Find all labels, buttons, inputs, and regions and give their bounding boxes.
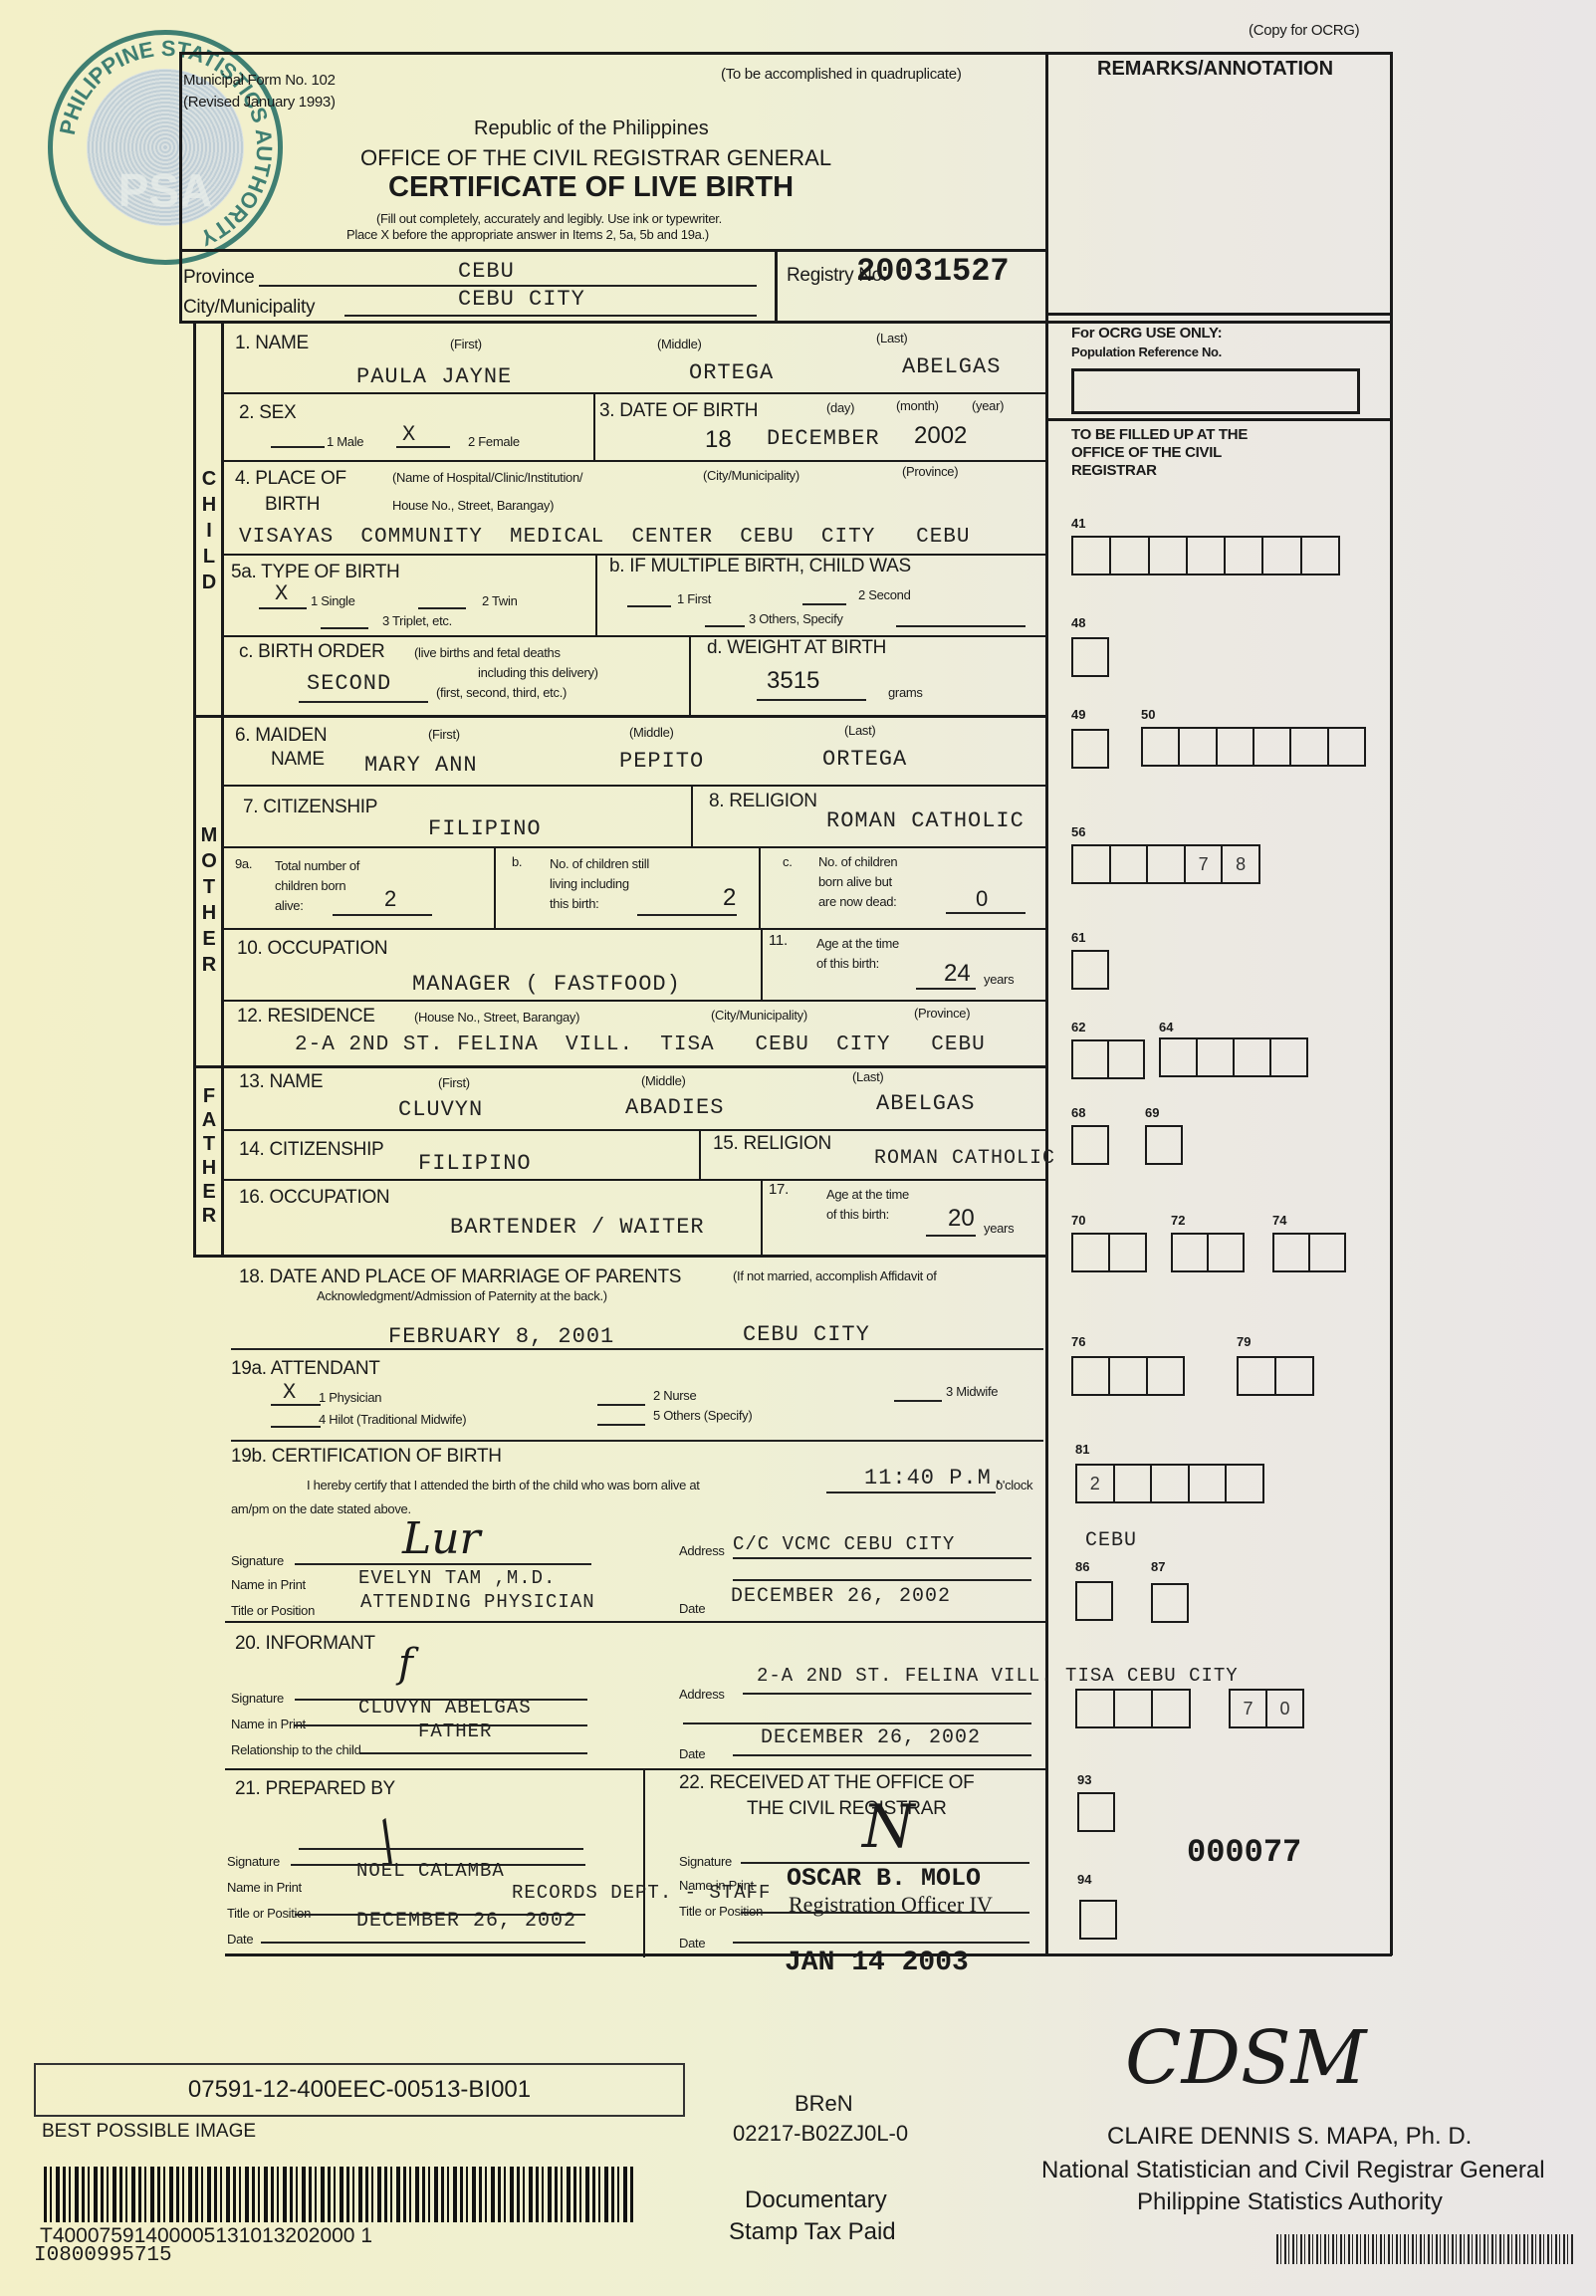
physician-mark: X	[283, 1380, 297, 1405]
first-hint: (First)	[428, 727, 460, 742]
marriage-hint-2: Acknowledgment/Admission of Paternity at…	[317, 1288, 607, 1303]
mother-religion: ROMAN CATHOLIC	[826, 808, 1025, 833]
middle-hint: (Middle)	[641, 1073, 686, 1088]
republic-heading: Republic of the Philippines	[474, 117, 709, 140]
marriage-place: CEBU CITY	[743, 1322, 870, 1347]
quadruplicate-note: (To be accomplished in quadruplicate)	[721, 66, 962, 83]
physician-title: ATTENDING PHYSICIAN	[360, 1591, 595, 1613]
province-value: CEBU	[458, 259, 515, 284]
copy-note: (Copy for OCRG)	[1249, 22, 1359, 39]
bren-label: BReN	[795, 2091, 853, 2117]
year-hint: (year)	[972, 398, 1004, 413]
living-num: b.	[512, 854, 522, 869]
code-76-field[interactable]	[1071, 1356, 1185, 1396]
total-num: 9a.	[235, 856, 252, 871]
pob-hint: (Name of Hospital/Clinic/Institution/	[392, 470, 582, 485]
residence-prov-hint: (Province)	[914, 1006, 970, 1021]
child-last-name: ABELGAS	[902, 354, 1001, 379]
father-age-value: 20	[948, 1205, 975, 1233]
weight-label: d. WEIGHT AT BIRTH	[707, 637, 886, 659]
residence-label: 12. RESIDENCE	[237, 1006, 375, 1028]
pop-ref-label: Population Reference No.	[1071, 344, 1222, 359]
father-religion: ROMAN CATHOLIC	[874, 1147, 1055, 1170]
province-label: Province	[183, 267, 255, 289]
mother-last-name: ORTEGA	[822, 747, 907, 772]
code-70-label: 70	[1071, 1213, 1085, 1228]
code-93-label: 93	[1077, 1772, 1091, 1787]
mother-residence: 2-A 2ND ST. FELINA VILL. TISA CEBU CITY …	[295, 1033, 986, 1056]
registrar-title: Registration Officer IV	[789, 1892, 993, 1918]
barcode-icon	[44, 2167, 635, 2222]
code-86-field[interactable]	[1075, 1581, 1113, 1621]
code-41-label: 41	[1071, 516, 1085, 531]
male-option: 1 Male	[327, 434, 363, 449]
residence-hint: (House No., Street, Barangay)	[414, 1010, 579, 1025]
received-label: 22. RECEIVED AT THE OFFICE OF	[679, 1772, 974, 1794]
relationship-label: Relationship to the child	[231, 1742, 361, 1757]
others-option: 3 Others, Specify	[749, 611, 843, 626]
dob-year: 2002	[914, 422, 967, 450]
code-56-label: 56	[1071, 824, 1085, 839]
code-72-label: 72	[1171, 1213, 1185, 1228]
hilot-option: 4 Hilot (Traditional Midwife)	[319, 1412, 466, 1427]
sex-label: 2. SEX	[239, 402, 296, 424]
marriage-label: 18. DATE AND PLACE OF MARRIAGE OF PARENT…	[239, 1266, 681, 1288]
instructions-2: Place X before the appropriate answer in…	[346, 227, 709, 242]
informant-relationship: FATHER	[418, 1721, 492, 1742]
code-86-label: 86	[1075, 1559, 1089, 1574]
father-first-name: CLUVYN	[398, 1097, 483, 1122]
office-heading: OFFICE OF THE CIVIL REGISTRAR GENERAL	[360, 145, 831, 171]
mother-first-name: MARY ANN	[364, 753, 478, 778]
code-79-field[interactable]	[1237, 1356, 1314, 1396]
informant-date: DECEMBER 26, 2002	[761, 1726, 981, 1749]
remarks-title: REMARKS/ANNOTATION	[1097, 58, 1333, 81]
physician-signature: Lur	[402, 1513, 481, 1564]
code-87-field[interactable]	[1151, 1583, 1189, 1623]
father-occupation: BARTENDER / WAITER	[450, 1215, 705, 1240]
code-93-field[interactable]	[1077, 1792, 1115, 1832]
code-62-label: 62	[1071, 1020, 1085, 1034]
order-hint-2: including this delivery)	[478, 665, 598, 680]
signature-label: Signature	[231, 1691, 284, 1706]
code-50-label: 50	[1141, 707, 1155, 722]
code-87-label: 87	[1151, 1559, 1165, 1574]
father-age-label: Age at the timeof this birth:	[826, 1185, 909, 1225]
prepared-by-label: 21. PREPARED BY	[235, 1778, 395, 1800]
female-mark: X	[402, 422, 416, 447]
age-num: 17.	[769, 1181, 789, 1198]
side-label-child: CHILD	[195, 468, 219, 605]
pob-label: 4. PLACE OF	[235, 468, 346, 490]
code-56-field[interactable]: 78	[1071, 844, 1260, 884]
weight-unit: grams	[888, 685, 923, 700]
code-70-field[interactable]	[1071, 1233, 1147, 1272]
female-option: 2 Female	[468, 434, 520, 449]
single-option: 1 Single	[311, 593, 355, 608]
mother-occupation-label: 10. OCCUPATION	[237, 938, 387, 960]
total-children-label: Total number ofchildren bornalive:	[275, 856, 359, 916]
father-citizenship-label: 14. CITIZENSHIP	[239, 1139, 383, 1161]
order-hint-1: (live births and fetal deaths	[414, 645, 561, 660]
code-74-label: 74	[1272, 1213, 1286, 1228]
child-first-name: PAULA JAYNE	[356, 364, 512, 389]
received-date-stamp: JAN 14 2003	[785, 1948, 969, 1978]
dob-label: 3. DATE OF BIRTH	[599, 400, 758, 422]
oclock-label: o'clock	[996, 1478, 1032, 1492]
side-label-mother: MOTHER	[195, 824, 219, 988]
last-hint: (Last)	[876, 331, 907, 345]
middle-hint: (Middle)	[657, 337, 702, 351]
father-last-name: ABELGAS	[876, 1091, 975, 1116]
name-in-print-label: Name in Print	[231, 1577, 306, 1592]
dead-num: c.	[783, 854, 793, 869]
father-religion-label: 15. RELIGION	[713, 1133, 831, 1155]
official-org: Philippine Statistics Authority	[1137, 2188, 1443, 2216]
last-hint: (Last)	[844, 723, 875, 738]
others-option: 5 Others (Specify)	[653, 1408, 752, 1423]
code-79-label: 79	[1237, 1334, 1251, 1349]
prepared-date: DECEMBER 26, 2002	[356, 1910, 576, 1933]
first-hint: (First)	[438, 1075, 470, 1090]
twin-option: 2 Twin	[482, 593, 518, 608]
birth-order-value: SECOND	[307, 671, 391, 696]
order-hint-3: (first, second, third, etc.)	[436, 685, 567, 700]
registry-number: 20031527	[856, 253, 1010, 290]
last-hint: (Last)	[852, 1069, 883, 1084]
certificate-page: PSA PHILIPPINE STATISTICS AUTHORITY (Cop…	[0, 0, 1596, 2296]
father-name-label: 13. NAME	[239, 1071, 323, 1093]
informant-address: 2-A 2ND ST. FELINA VILL. TISA CEBU CITY	[757, 1665, 1239, 1687]
code-50-field[interactable]	[1141, 727, 1366, 767]
date-label: Date	[679, 1601, 705, 1616]
nurse-option: 2 Nurse	[653, 1388, 696, 1403]
physician-name: EVELYN TAM ,M.D.	[358, 1567, 556, 1589]
child-name-label: 1. NAME	[235, 333, 309, 354]
living-children-label: No. of children stillliving includingthi…	[550, 854, 649, 914]
code-81-field[interactable]: 2	[1075, 1464, 1264, 1503]
age-num: 11.	[769, 932, 788, 949]
registrar-name: OSCAR B. MOLO	[787, 1864, 981, 1893]
small-barcode-icon	[1276, 2234, 1575, 2264]
city-label: City/Municipality	[183, 297, 315, 319]
marriage-date: FEBRUARY 8, 2001	[388, 1324, 614, 1349]
pob-prov-hint: (Province)	[902, 464, 958, 479]
code-62-field[interactable]	[1071, 1039, 1145, 1079]
father-citizenship: FILIPINO	[418, 1151, 532, 1176]
dob-month: DECEMBER	[767, 426, 880, 451]
certification-label: 19b. CERTIFICATION OF BIRTH	[231, 1446, 502, 1468]
serial-number: 000077	[1187, 1834, 1301, 1871]
certification-text: I hereby certify that I attended the bir…	[307, 1478, 700, 1492]
pob-value: VISAYAS COMMUNITY MEDICAL CENTER CEBU CI…	[239, 526, 971, 549]
official-name: CLAIRE DENNIS S. MAPA, Ph. D.	[1107, 2123, 1472, 2151]
code-48-label: 48	[1071, 615, 1085, 630]
informant-signature: f	[398, 1641, 413, 1687]
code-informant-2-field[interactable]: 70	[1229, 1689, 1304, 1728]
code-69-label: 69	[1145, 1105, 1159, 1120]
page-title: CERTIFICATE OF LIVE BIRTH	[388, 171, 794, 204]
signature-label: Signature	[679, 1854, 732, 1869]
code-41-field[interactable]	[1071, 536, 1340, 575]
dob-day: 18	[705, 426, 732, 454]
certification-text-2: am/pm on the date stated above.	[231, 1501, 411, 1516]
code-94-label: 94	[1077, 1872, 1091, 1887]
first-hint: (First)	[450, 337, 482, 351]
name-in-print-label: Name in Print	[679, 1878, 754, 1893]
type-of-birth-label: 5a. TYPE OF BIRTH	[231, 562, 399, 583]
best-image-note: BEST POSSIBLE IMAGE	[42, 2121, 256, 2143]
dead-children-value: 0	[976, 886, 988, 912]
ocrg-title: For OCRG USE ONLY:	[1071, 325, 1222, 342]
code-72-field[interactable]	[1171, 1233, 1245, 1272]
code-48-field[interactable]	[1071, 637, 1109, 677]
side-label-father: FATHER	[195, 1085, 219, 1237]
second-option: 2 Second	[858, 587, 911, 602]
city-value: CEBU CITY	[458, 287, 585, 312]
code-informant-1-field[interactable]	[1075, 1689, 1191, 1728]
father-middle-name: ABADIES	[625, 1095, 724, 1120]
code-74-field[interactable]	[1272, 1233, 1346, 1272]
code-76-label: 76	[1071, 1334, 1085, 1349]
code-94-field[interactable]	[1079, 1900, 1117, 1940]
form-revised: (Revised January 1993)	[183, 94, 336, 111]
month-hint: (month)	[896, 398, 939, 413]
code-61-label: 61	[1071, 930, 1085, 945]
name-in-print-label: Name in Print	[227, 1880, 302, 1895]
child-middle-name: ORTEGA	[689, 360, 774, 385]
code-64-field[interactable]	[1159, 1037, 1308, 1077]
code-49-label: 49	[1071, 707, 1085, 722]
code-49-field[interactable]	[1071, 729, 1109, 769]
midwife-option: 3 Midwife	[946, 1384, 998, 1399]
total-children-value: 2	[384, 886, 396, 912]
stamp-tax-2: Stamp Tax Paid	[729, 2218, 896, 2246]
svg-text:PHILIPPINE STATISTICS AUTHORIT: PHILIPPINE STATISTICS AUTHORITY	[55, 36, 277, 251]
pob-city-hint: (City/Municipality)	[703, 468, 799, 483]
mother-occupation: MANAGER ( FASTFOOD)	[412, 972, 681, 997]
age-unit: years	[984, 1221, 1014, 1236]
birth-time: 11:40 P.M.	[864, 1466, 1006, 1491]
triplet-option: 3 Triplet, etc.	[382, 613, 452, 628]
weight-value: 3515	[767, 667, 819, 695]
form-number: Municipal Form No. 102	[183, 72, 336, 89]
address-label: Address	[679, 1543, 725, 1558]
multiple-birth-label: b. IF MULTIPLE BIRTH, CHILD WAS	[609, 556, 911, 577]
title-label: Title or Position	[231, 1603, 315, 1618]
cebu-note: CEBU	[1085, 1529, 1137, 1552]
pop-ref-field[interactable]	[1071, 368, 1360, 414]
bren-value: 02217-B02ZJ0L-0	[733, 2121, 908, 2147]
physician-address: C/C VCMC CEBU CITY	[733, 1533, 955, 1555]
father-occupation-label: 16. OCCUPATION	[239, 1187, 389, 1209]
informant-name: CLUVYN ABELGAS	[358, 1697, 532, 1719]
maiden-name-label: 6. MAIDEN	[235, 725, 327, 747]
marriage-hint-1: (If not married, accomplish Affidavit of	[733, 1268, 937, 1283]
certification-date: DECEMBER 26, 2002	[731, 1585, 951, 1608]
mother-citizenship: FILIPINO	[428, 816, 542, 841]
mother-age-label: Age at the timeof this birth:	[816, 934, 899, 974]
living-children-value: 2	[723, 884, 736, 912]
official-title: National Statistician and Civil Registra…	[1041, 2157, 1545, 2184]
code-64-label: 64	[1159, 1020, 1173, 1034]
code-68-field[interactable]	[1071, 1125, 1109, 1165]
code-81-label: 81	[1075, 1442, 1089, 1457]
age-unit: years	[984, 972, 1014, 987]
mother-middle-name: PEPITO	[619, 749, 704, 774]
residence-city-hint: (City/Municipality)	[711, 1008, 807, 1023]
pob-hint-2: House No., Street, Barangay)	[392, 498, 554, 513]
preparer-name: NOEL CALAMBA	[356, 1860, 505, 1882]
signature-label: Signature	[227, 1854, 280, 1869]
barcode-id: I0800995715	[34, 2244, 172, 2267]
to-be-filled-note: TO BE FILLED UP AT THE OFFICE OF THE CIV…	[1071, 426, 1290, 480]
psa-seal-icon: PSA PHILIPPINE STATISTICS AUTHORITY	[48, 30, 283, 265]
code-61-field[interactable]	[1071, 950, 1109, 990]
date-label: Date	[679, 1936, 705, 1951]
maiden-name-label-2: NAME	[271, 749, 325, 771]
official-signature: CDSM	[1125, 2015, 1366, 2101]
signature-label: Signature	[231, 1553, 284, 1568]
code-69-field[interactable]	[1145, 1125, 1183, 1165]
registrar-signature: N	[862, 1792, 915, 1862]
date-label: Date	[227, 1932, 253, 1947]
birth-order-label: c. BIRTH ORDER	[239, 641, 384, 663]
mother-citizenship-label: 7. CITIZENSHIP	[243, 797, 377, 818]
mother-religion-label: 8. RELIGION	[709, 791, 817, 812]
attendant-label: 19a. ATTENDANT	[231, 1358, 380, 1380]
received-label-2: THE CIVIL REGISTRAR	[747, 1798, 947, 1820]
day-hint: (day)	[826, 400, 854, 415]
dead-children-label: No. of childrenborn alive butare now dea…	[818, 852, 897, 912]
code-68-label: 68	[1071, 1105, 1085, 1120]
stamp-tax-1: Documentary	[745, 2186, 887, 2214]
mother-age-value: 24	[944, 960, 971, 988]
document-code: 07591-12-400EEC-00513-BI001	[34, 2063, 685, 2117]
middle-hint: (Middle)	[629, 725, 674, 740]
informant-label: 20. INFORMANT	[235, 1633, 375, 1655]
instructions-1: (Fill out completely, accurately and leg…	[376, 211, 722, 226]
address-label: Address	[679, 1687, 725, 1702]
single-mark: X	[275, 581, 289, 606]
physician-option: 1 Physician	[319, 1390, 381, 1405]
date-label: Date	[679, 1746, 705, 1761]
first-option: 1 First	[677, 591, 711, 606]
pob-label-2: BIRTH	[265, 494, 320, 516]
